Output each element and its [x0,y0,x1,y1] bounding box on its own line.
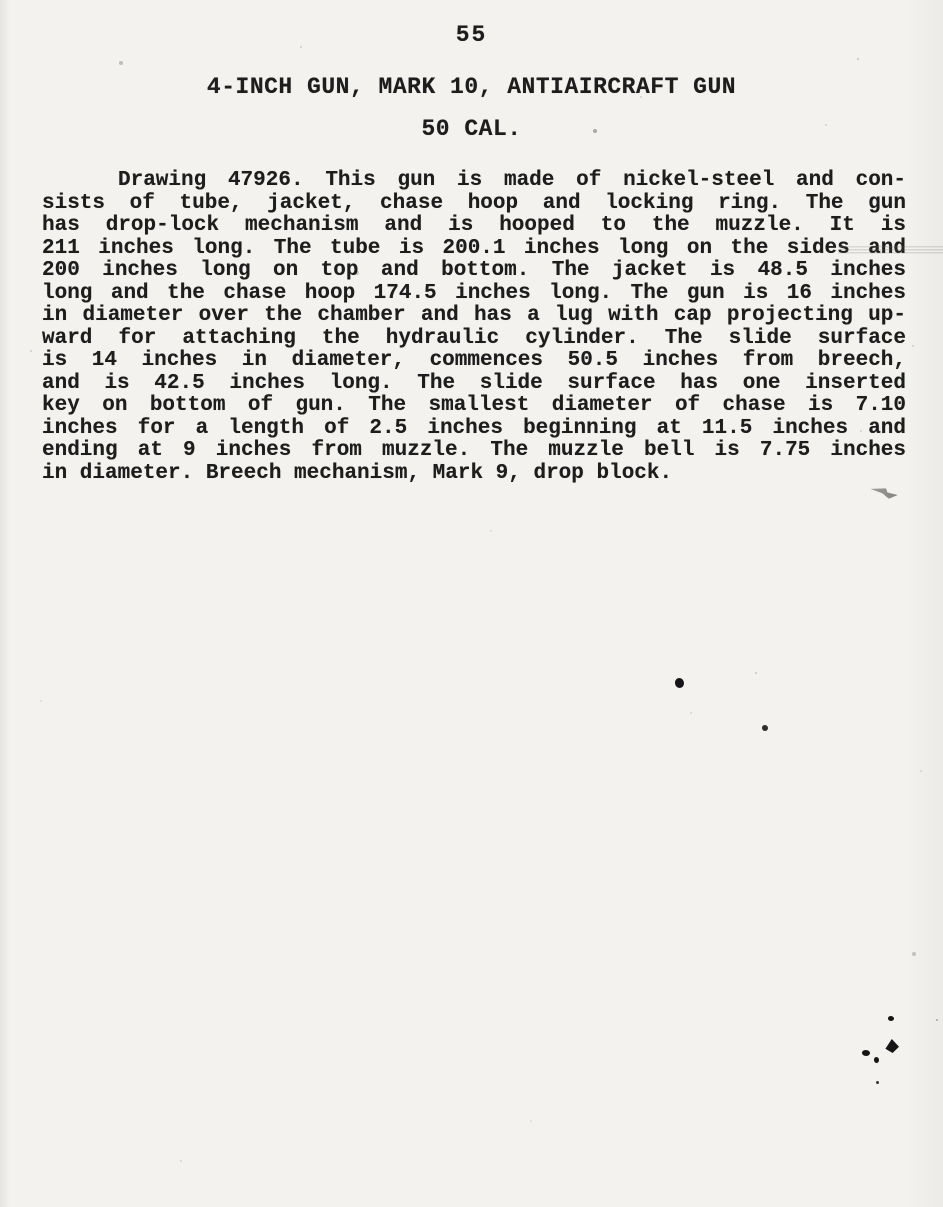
ink-speck [862,1050,870,1056]
smudge-mark [869,485,898,500]
ink-speck [876,1081,879,1084]
body-line: in diameter. Breech mechanism, Mark 9, d… [42,463,906,486]
ink-speck [874,1057,879,1063]
scan-streak [838,246,943,255]
body-paragraph: Drawing 47926. This gun is made of nicke… [42,170,906,485]
scanned-document-page: { "page": { "number": "55", "title": "4-… [0,0,943,1207]
document-subtitle: 50 CAL. [0,116,943,142]
body-line: key on bottom of gun. The smallest diame… [42,395,906,418]
scan-noise [0,0,2,2]
body-line: is 14 inches in diameter, commences 50.5… [42,350,906,373]
body-line: 200 inches long on top and bottom. The j… [42,260,906,283]
body-line: inches for a length of 2.5 inches beginn… [42,418,906,441]
document-title: 4-INCH GUN, MARK 10, ANTIAIRCRAFT GUN [0,74,943,100]
body-line: 211 inches long. The tube is 200.1 inche… [42,238,906,261]
body-line: in diameter over the chamber and has a l… [42,305,906,328]
body-line: has drop-lock mechanism and is hooped to… [42,215,906,238]
body-line: Drawing 47926. This gun is made of nicke… [42,170,906,193]
body-line: ward for attaching the hydraulic cylinde… [42,328,906,351]
body-line: sists of tube, jacket, chase hoop and lo… [42,193,906,216]
body-line: ending at 9 inches from muzzle. The muzz… [42,440,906,463]
page-number: 55 [0,22,943,48]
ink-speck [675,678,684,688]
ink-speck [883,1039,899,1053]
body-line: and is 42.5 inches long. The slide surfa… [42,373,906,396]
ink-speck [888,1016,894,1021]
body-line: long and the chase hoop 174.5 inches lon… [42,283,906,306]
ink-speck [762,725,768,731]
